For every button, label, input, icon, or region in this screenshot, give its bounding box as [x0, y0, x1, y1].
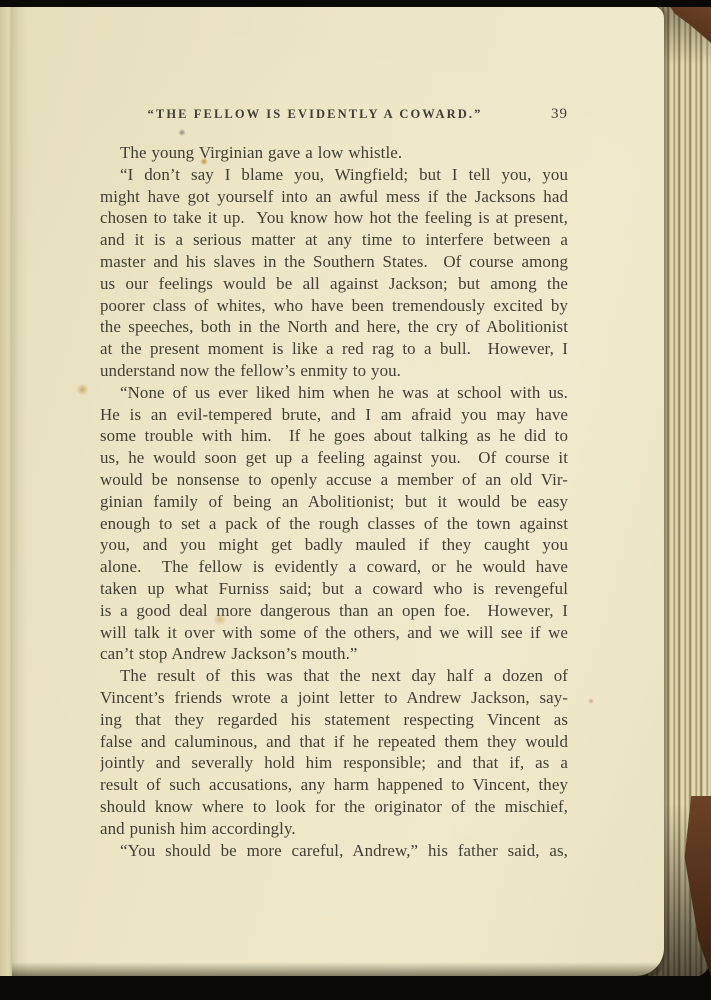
text-line: is a good deal more dangerous than an op… — [100, 600, 568, 622]
text-line: “None of us ever liked him when he was a… — [100, 382, 568, 404]
text-line: the speeches, both in the North and here… — [100, 316, 568, 338]
text-line: us our feelings would be all against Jac… — [100, 273, 568, 295]
text-line: and punish him accordingly. — [100, 818, 568, 840]
text-line: understand now the fellow’s enmity to yo… — [100, 360, 568, 382]
paragraph: “None of us ever liked him when he was a… — [100, 382, 568, 665]
text-line: jointly and severally hold him responsib… — [100, 752, 568, 774]
text-line: should know where to look for the origin… — [100, 796, 568, 818]
text-line: ing that they regarded his statement res… — [100, 709, 568, 731]
text-line: “You should be more careful, Andrew,” hi… — [100, 840, 568, 862]
text-line: taken up what Furniss said; but a coward… — [100, 578, 568, 600]
text-line: might have got yourself into an awful me… — [100, 186, 568, 208]
book-page: “THE FELLOW IS EVIDENTLY A COWARD.” 39 T… — [12, 6, 664, 976]
text-line: result of such accusations, any harm hap… — [100, 774, 568, 796]
text-line: you, and you might get badly mauled if t… — [100, 534, 568, 556]
scan-border-top — [0, 0, 711, 7]
foxing-spot — [588, 698, 594, 704]
text-line: The young Virginian gave a low whistle. — [100, 142, 568, 164]
text-line: at the present moment is like a red rag … — [100, 338, 568, 360]
text-line: Vincent’s friends wrote a joint letter t… — [100, 687, 568, 709]
foxing-spot — [212, 614, 228, 625]
foxing-spot — [178, 129, 186, 136]
foxing-spot — [76, 384, 89, 395]
page-text: The young Virginian gave a low whistle.“… — [100, 142, 568, 861]
text-line: and it is a serious matter at any time t… — [100, 229, 568, 251]
paragraph: The young Virginian gave a low whistle. — [100, 142, 568, 164]
text-line: would be nonsense to openly accuse a mem… — [100, 469, 568, 491]
text-line: enough to set a pack of the rough classe… — [100, 513, 568, 535]
text-line: poorer class of whites, who have been tr… — [100, 295, 568, 317]
text-line: some trouble with him. If he goes about … — [100, 425, 568, 447]
page-title: “THE FELLOW IS EVIDENTLY A COWARD.” — [100, 107, 568, 122]
text-line: ginian family of being an Abolitionist; … — [100, 491, 568, 513]
text-line: will talk it over with some of the other… — [100, 622, 568, 644]
scan-border-bottom — [0, 976, 711, 1000]
text-line: “I don’t say I blame you, Wingfield; but… — [100, 164, 568, 186]
text-line: alone. The fellow is evidently a coward,… — [100, 556, 568, 578]
paragraph: The result of this was that the next day… — [100, 665, 568, 839]
page-number: 39 — [551, 106, 568, 123]
text-line: master and his slaves in the Southern St… — [100, 251, 568, 273]
book-scan: “THE FELLOW IS EVIDENTLY A COWARD.” 39 T… — [0, 0, 711, 1000]
paragraph: “I don’t say I blame you, Wingfield; but… — [100, 164, 568, 382]
text-line: false and caluminous, and that if he rep… — [100, 731, 568, 753]
text-line: He is an evil-tempered brute, and I am a… — [100, 404, 568, 426]
text-line: us, he would soon get up a feeling again… — [100, 447, 568, 469]
text-line: The result of this was that the next day… — [100, 665, 568, 687]
text-line: chosen to take it up. You know how hot t… — [100, 207, 568, 229]
text-line: can’t stop Andrew Jackson’s mouth.” — [100, 643, 568, 665]
paragraph: “You should be more careful, Andrew,” hi… — [100, 840, 568, 862]
foxing-spot — [200, 158, 208, 165]
running-head: “THE FELLOW IS EVIDENTLY A COWARD.” 39 — [100, 107, 568, 125]
